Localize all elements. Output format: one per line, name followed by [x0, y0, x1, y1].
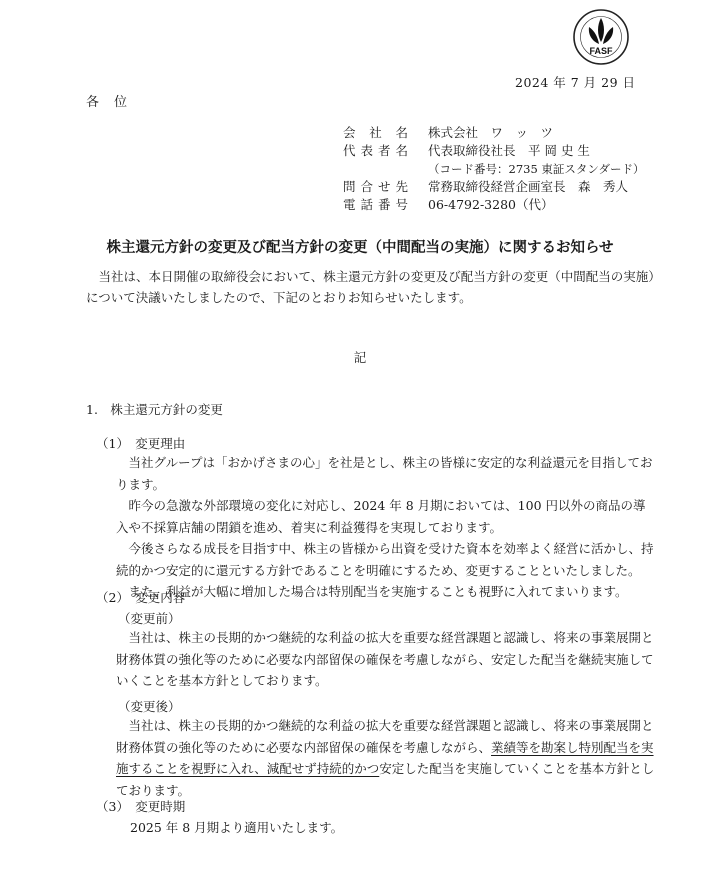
svg-text:FASF: FASF: [589, 46, 613, 56]
representative-label: 代表者名: [343, 142, 428, 160]
stock-code-value: （コード番号：2735 東証スタンダード）: [428, 160, 644, 178]
change-reason-body: 当社グループは「おかげさまの心」を社是とし、株主の皆様に安定的な利益還元を目指し…: [116, 452, 656, 603]
phone-value: 06-4792-3280（代）: [428, 196, 553, 214]
intro-paragraph: 当社は、本日開催の取締役会において、株主還元方針の変更及び配当方針の変更（中間配…: [86, 266, 666, 308]
subsection-1-heading: （1） 変更理由: [96, 434, 185, 452]
ki-heading: 記: [0, 348, 720, 366]
contact-row: 問合せ先 常務取締役経営企画室長 森 秀人: [343, 178, 644, 196]
document-title: 株主還元方針の変更及び配当方針の変更（中間配当の実施）に関するお知らせ: [0, 236, 720, 257]
section-1-heading: 1. 株主還元方針の変更: [86, 400, 223, 418]
contact-value: 常務取締役経営企画室長 森 秀人: [428, 178, 628, 196]
company-name-value: 株式会社 ワ ッ ツ: [428, 124, 553, 142]
phone-label: 電話番号: [343, 196, 428, 214]
document-date: 2024 年 7 月 29 日: [515, 73, 636, 91]
after-label: （変更後）: [118, 697, 181, 715]
representative-row: 代表者名 代表取締役社長 平 岡 史 生: [343, 142, 644, 160]
addressee: 各 位: [86, 91, 128, 110]
subsection-3-heading: （3） 変更時期: [96, 797, 185, 815]
representative-value: 代表取締役社長 平 岡 史 生: [428, 142, 590, 160]
company-info: 会社名 株式会社 ワ ッ ツ 代表者名 代表取締役社長 平 岡 史 生 （コード…: [343, 124, 644, 214]
phone-row: 電話番号 06-4792-3280（代）: [343, 196, 644, 214]
company-name-label: 会社名: [343, 124, 428, 142]
after-body: 当社は、株主の長期的かつ継続的な利益の拡大を重要な経営課題と認識し、将来の事業展…: [116, 715, 656, 801]
fasf-logo-icon: FASF: [572, 8, 630, 66]
before-body: 当社は、株主の長期的かつ継続的な利益の拡大を重要な経営課題と認識し、将来の事業展…: [116, 627, 656, 692]
contact-label: 問合せ先: [343, 178, 428, 196]
company-name-row: 会社名 株式会社 ワ ッ ツ: [343, 124, 644, 142]
effective-period: 2025 年 8 月期より適用いたします。: [130, 818, 343, 836]
before-label: （変更前）: [118, 609, 181, 627]
subsection-2-heading: （2） 変更内容: [96, 588, 185, 606]
code-row: （コード番号：2735 東証スタンダード）: [343, 160, 644, 178]
